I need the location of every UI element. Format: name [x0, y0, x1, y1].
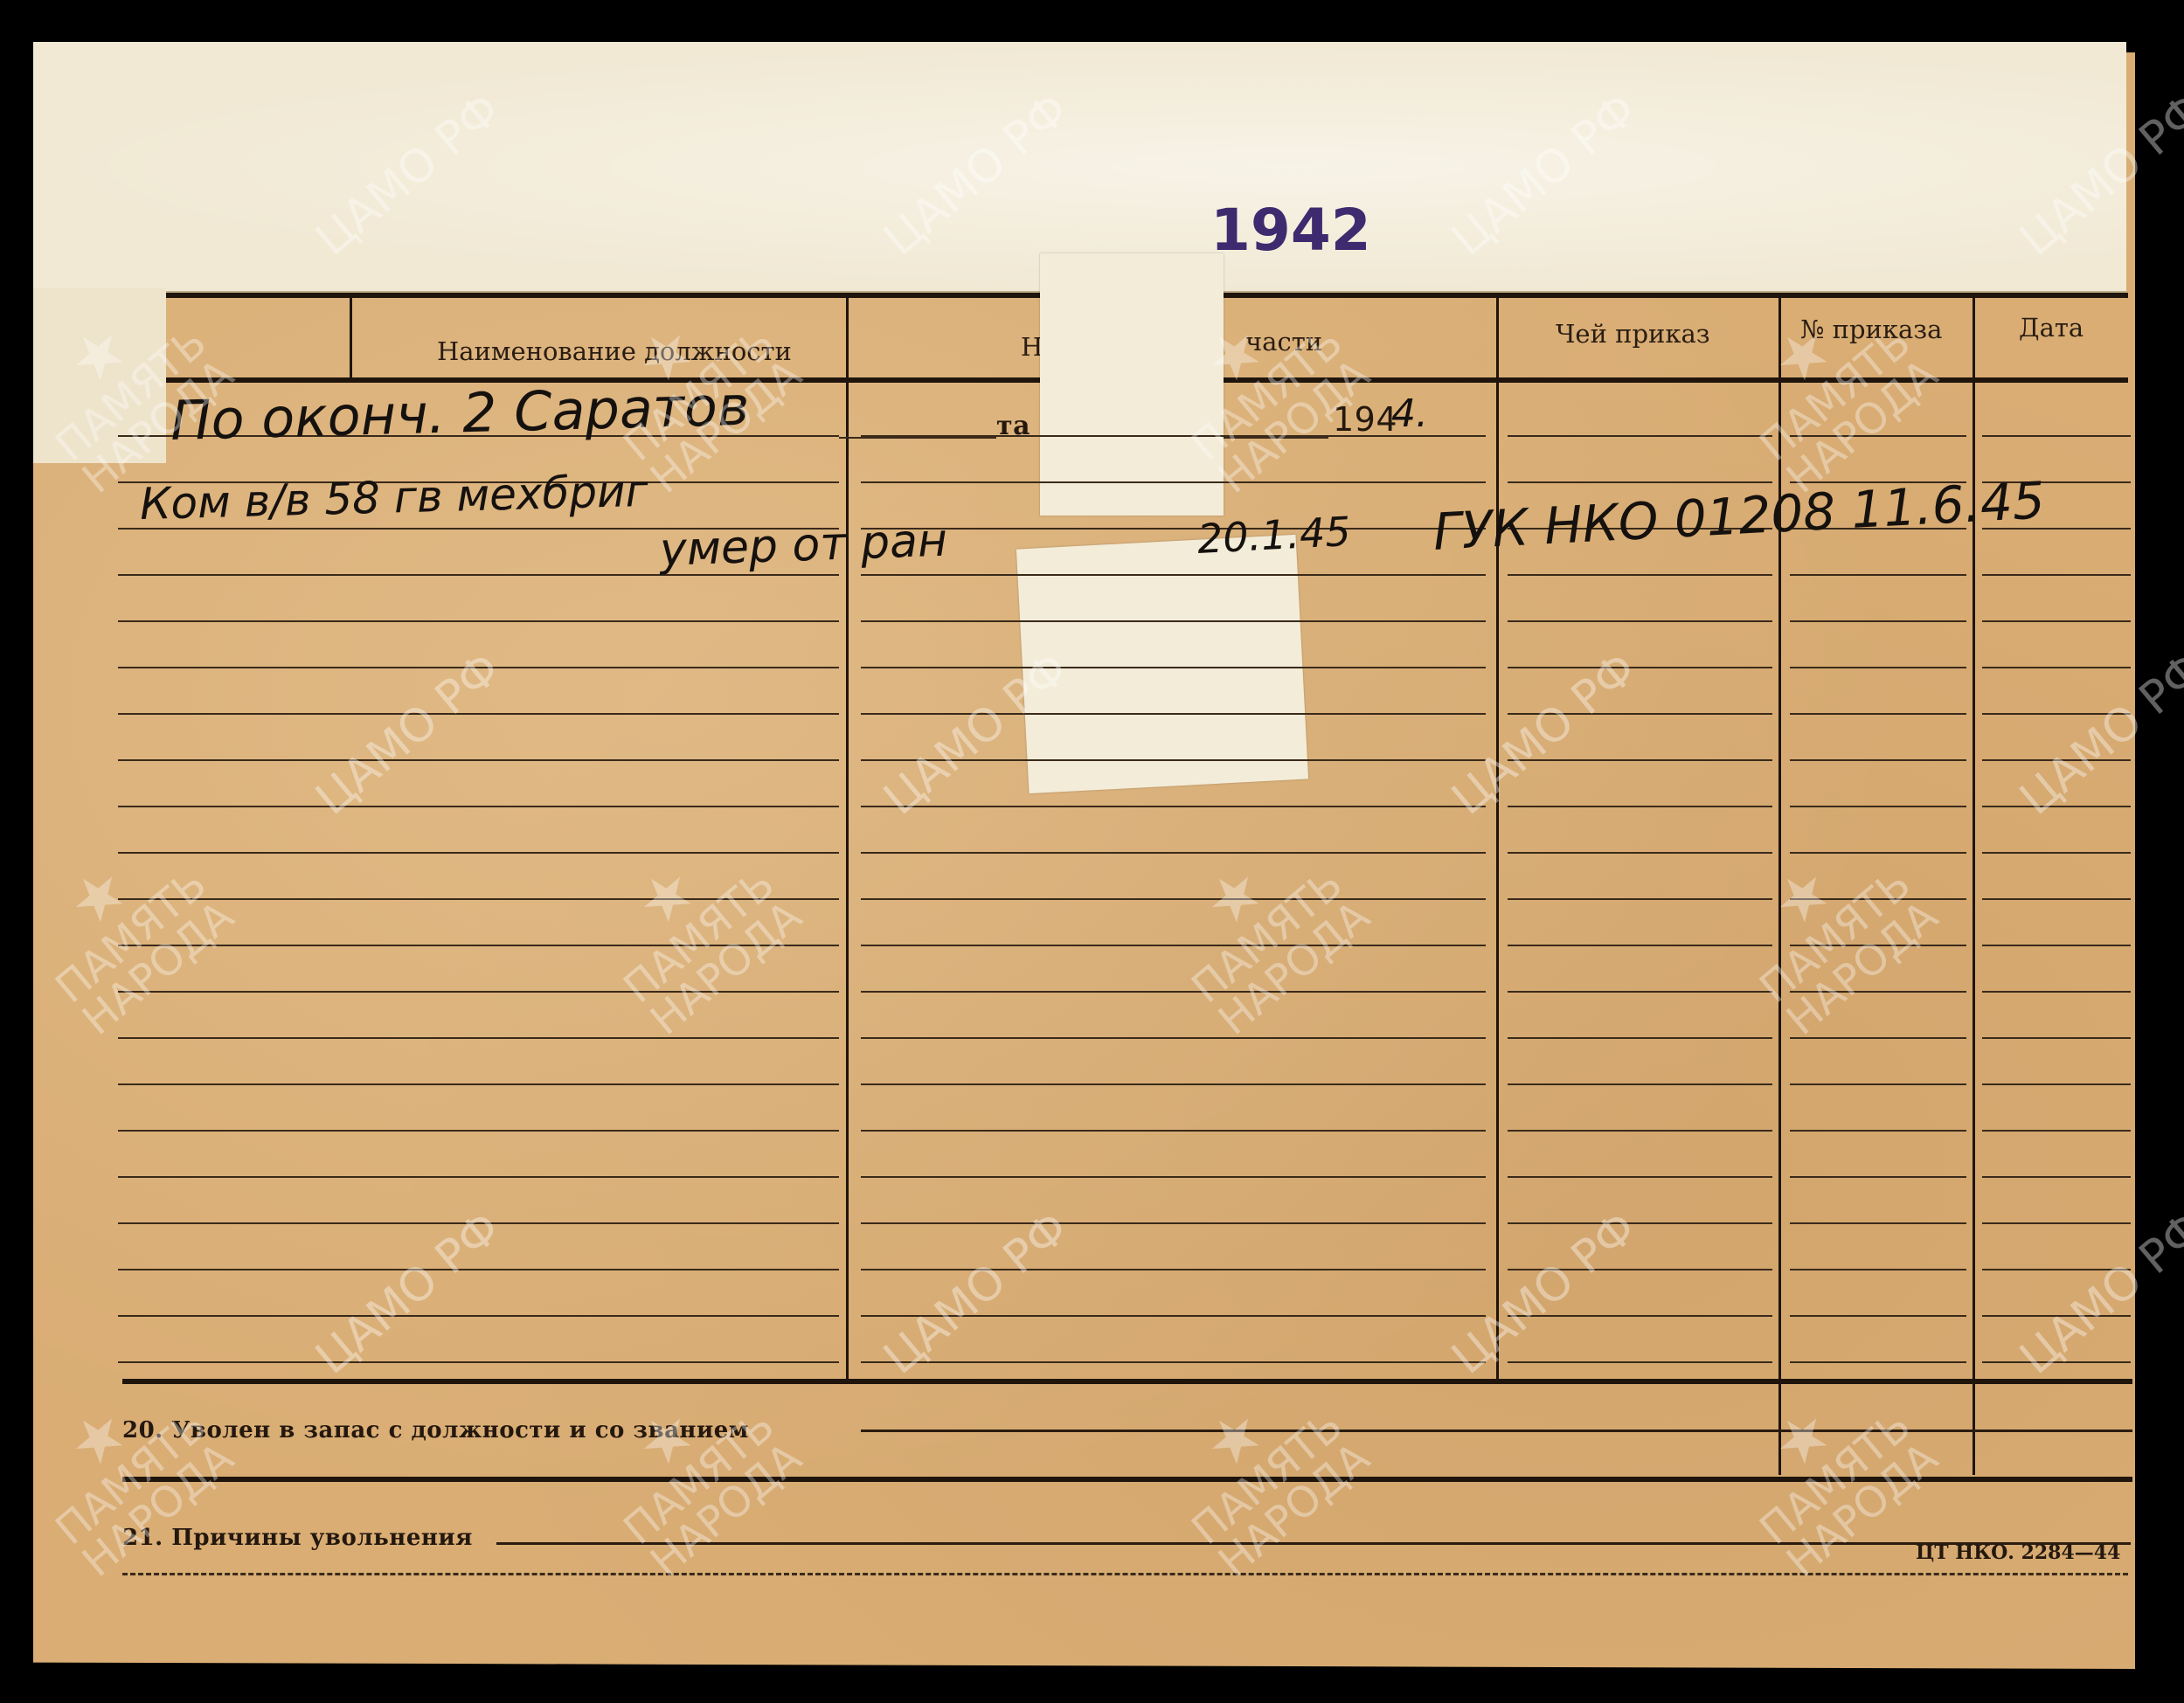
- ruled-line: [118, 1176, 839, 1178]
- ruled-line: [861, 1083, 1486, 1085]
- ruled-line: [1790, 991, 1966, 993]
- ruled-line: [861, 435, 1486, 437]
- ruled-line: [861, 945, 1486, 946]
- ruled-line: [1790, 620, 1966, 622]
- ruled-line: [1508, 991, 1772, 993]
- ruled-line: [118, 620, 839, 622]
- ruled-line: [1982, 620, 2131, 622]
- ruled-line: [118, 1361, 839, 1363]
- stamp-year: 1942: [1210, 197, 1371, 264]
- ruled-line: [1508, 1361, 1772, 1363]
- col-divider-3: [1778, 295, 1781, 1475]
- ruled-line: [118, 1037, 839, 1039]
- ruled-line: [1508, 1176, 1772, 1178]
- ruled-line: [861, 528, 1486, 530]
- ruled-line: [1790, 1222, 1966, 1224]
- ruled-line: [1982, 1361, 2131, 1363]
- section-21-underline: [496, 1542, 2131, 1545]
- ruled-line: [1790, 852, 1966, 854]
- ruled-line: [1982, 945, 2131, 946]
- ruled-line: [1508, 1315, 1772, 1317]
- ruled-line: [1982, 1269, 2131, 1270]
- header-date: Дата: [2019, 313, 2083, 343]
- ruled-line: [1982, 574, 2131, 576]
- ruled-line: [118, 759, 839, 761]
- ruled-line: [1982, 1222, 2131, 1224]
- ruled-line: [118, 1269, 839, 1270]
- ruled-line: [1508, 481, 1772, 483]
- ruled-line: [861, 1361, 1486, 1363]
- ruled-line: [118, 898, 839, 900]
- ruled-line: [1790, 759, 1966, 761]
- ruled-line: [1508, 1130, 1772, 1132]
- ruled-line: [118, 574, 839, 576]
- handwritten-year-suffix: 4.: [1391, 391, 1428, 436]
- overlay-paper-left: [33, 288, 166, 463]
- ruled-line: [1982, 1315, 2131, 1317]
- ruled-line: [1790, 667, 1966, 668]
- ruled-line: [1982, 1037, 2131, 1039]
- section-divider-20-bottom: [122, 1477, 2132, 1482]
- printed-year-prefix: 194: [1333, 400, 1397, 439]
- ruled-line: [1508, 713, 1772, 715]
- ruled-line: [1508, 574, 1772, 576]
- ruled-line: [1982, 1083, 2131, 1085]
- ruled-line: [861, 574, 1486, 576]
- ruled-line: [1982, 898, 2131, 900]
- ruled-line: [861, 1269, 1486, 1270]
- ruled-line: [1982, 852, 2131, 854]
- header-order-number: № приказа: [1800, 315, 1942, 344]
- paper-patch-header: [1040, 253, 1224, 516]
- ruled-line: [861, 806, 1486, 807]
- ruled-line: [861, 1315, 1486, 1317]
- ruled-line: [1982, 991, 2131, 993]
- ruled-line: [1790, 945, 1966, 946]
- ruled-line: [1790, 806, 1966, 807]
- ruled-line: [1790, 1315, 1966, 1317]
- ruled-line: [861, 759, 1486, 761]
- ruled-line: [118, 1315, 839, 1317]
- ruled-line: [1790, 1269, 1966, 1270]
- ruled-line: [1508, 667, 1772, 668]
- ruled-line: [1982, 759, 2131, 761]
- ruled-line: [1508, 1083, 1772, 1085]
- ruled-line: [1982, 667, 2131, 668]
- header-whose-order: Чей приказ: [1556, 319, 1710, 349]
- section-20-underline: [861, 1430, 2132, 1432]
- ruled-line: [118, 1130, 839, 1132]
- ruled-line: [861, 1176, 1486, 1178]
- ruled-line: [861, 1130, 1486, 1132]
- ruled-line: [1790, 1083, 1966, 1085]
- section-20-label: 20. Уволен в запас с должности и со зван…: [122, 1417, 749, 1443]
- ruled-line: [861, 898, 1486, 900]
- ruled-line: [1790, 435, 1966, 437]
- ruled-line: [118, 852, 839, 854]
- ruled-line: [861, 620, 1486, 622]
- ruled-line: [118, 1222, 839, 1224]
- col-divider-1: [846, 295, 849, 1379]
- ruled-line: [1508, 945, 1772, 946]
- section-divider-20-top: [122, 1379, 2132, 1384]
- section-21-label: 21. Причины увольнения: [122, 1525, 473, 1551]
- ruled-line: [118, 667, 839, 668]
- ruled-line: [118, 713, 839, 715]
- ruled-line: [1790, 713, 1966, 715]
- ruled-line: [861, 852, 1486, 854]
- ruled-line: [1508, 852, 1772, 854]
- ruled-line: [861, 1037, 1486, 1039]
- ruled-line: [861, 713, 1486, 715]
- ruled-line: [1508, 1037, 1772, 1039]
- ruled-line: [1508, 620, 1772, 622]
- unit-underline-right: [1224, 437, 1328, 439]
- section-21-bottom-dotted: [122, 1573, 2128, 1575]
- ruled-line: [861, 481, 1486, 483]
- ruled-line: [118, 945, 839, 946]
- ruled-line: [1982, 713, 2131, 715]
- ruled-line: [1790, 1037, 1966, 1039]
- ruled-line: [1982, 806, 2131, 807]
- form-code: ЦТ НКО. 2284—44: [1916, 1541, 2120, 1564]
- ruled-line: [861, 1222, 1486, 1224]
- handwritten-row-3: умер от ран: [659, 515, 948, 577]
- col-divider-2: [1496, 295, 1499, 1379]
- ruled-line: [1982, 1176, 2131, 1178]
- ruled-line: [1508, 1269, 1772, 1270]
- ruled-line: [1790, 1176, 1966, 1178]
- unit-underline-left: [839, 437, 996, 439]
- ruled-line: [1508, 435, 1772, 437]
- ruled-line: [1508, 898, 1772, 900]
- ruled-line: [118, 806, 839, 807]
- ruled-line: [1790, 574, 1966, 576]
- ruled-line: [861, 667, 1486, 668]
- col-divider-0: [350, 295, 352, 378]
- ruled-line: [1790, 898, 1966, 900]
- ruled-line: [118, 991, 839, 993]
- header-position-name: Наименование должности: [437, 336, 792, 366]
- ruled-line: [861, 991, 1486, 993]
- ruled-line: [1790, 1130, 1966, 1132]
- ruled-line: [1982, 1130, 2131, 1132]
- ruled-line: [1508, 806, 1772, 807]
- header-unit-end: части: [1245, 327, 1322, 357]
- ruled-line: [1508, 1222, 1772, 1224]
- ruled-line: [118, 1083, 839, 1085]
- ruled-line: [1508, 759, 1772, 761]
- handwritten-death-date: 20.1.45: [1196, 508, 1352, 563]
- col-divider-4: [1973, 295, 1975, 1475]
- ruled-line: [1790, 1361, 1966, 1363]
- ruled-line: [1982, 435, 2131, 437]
